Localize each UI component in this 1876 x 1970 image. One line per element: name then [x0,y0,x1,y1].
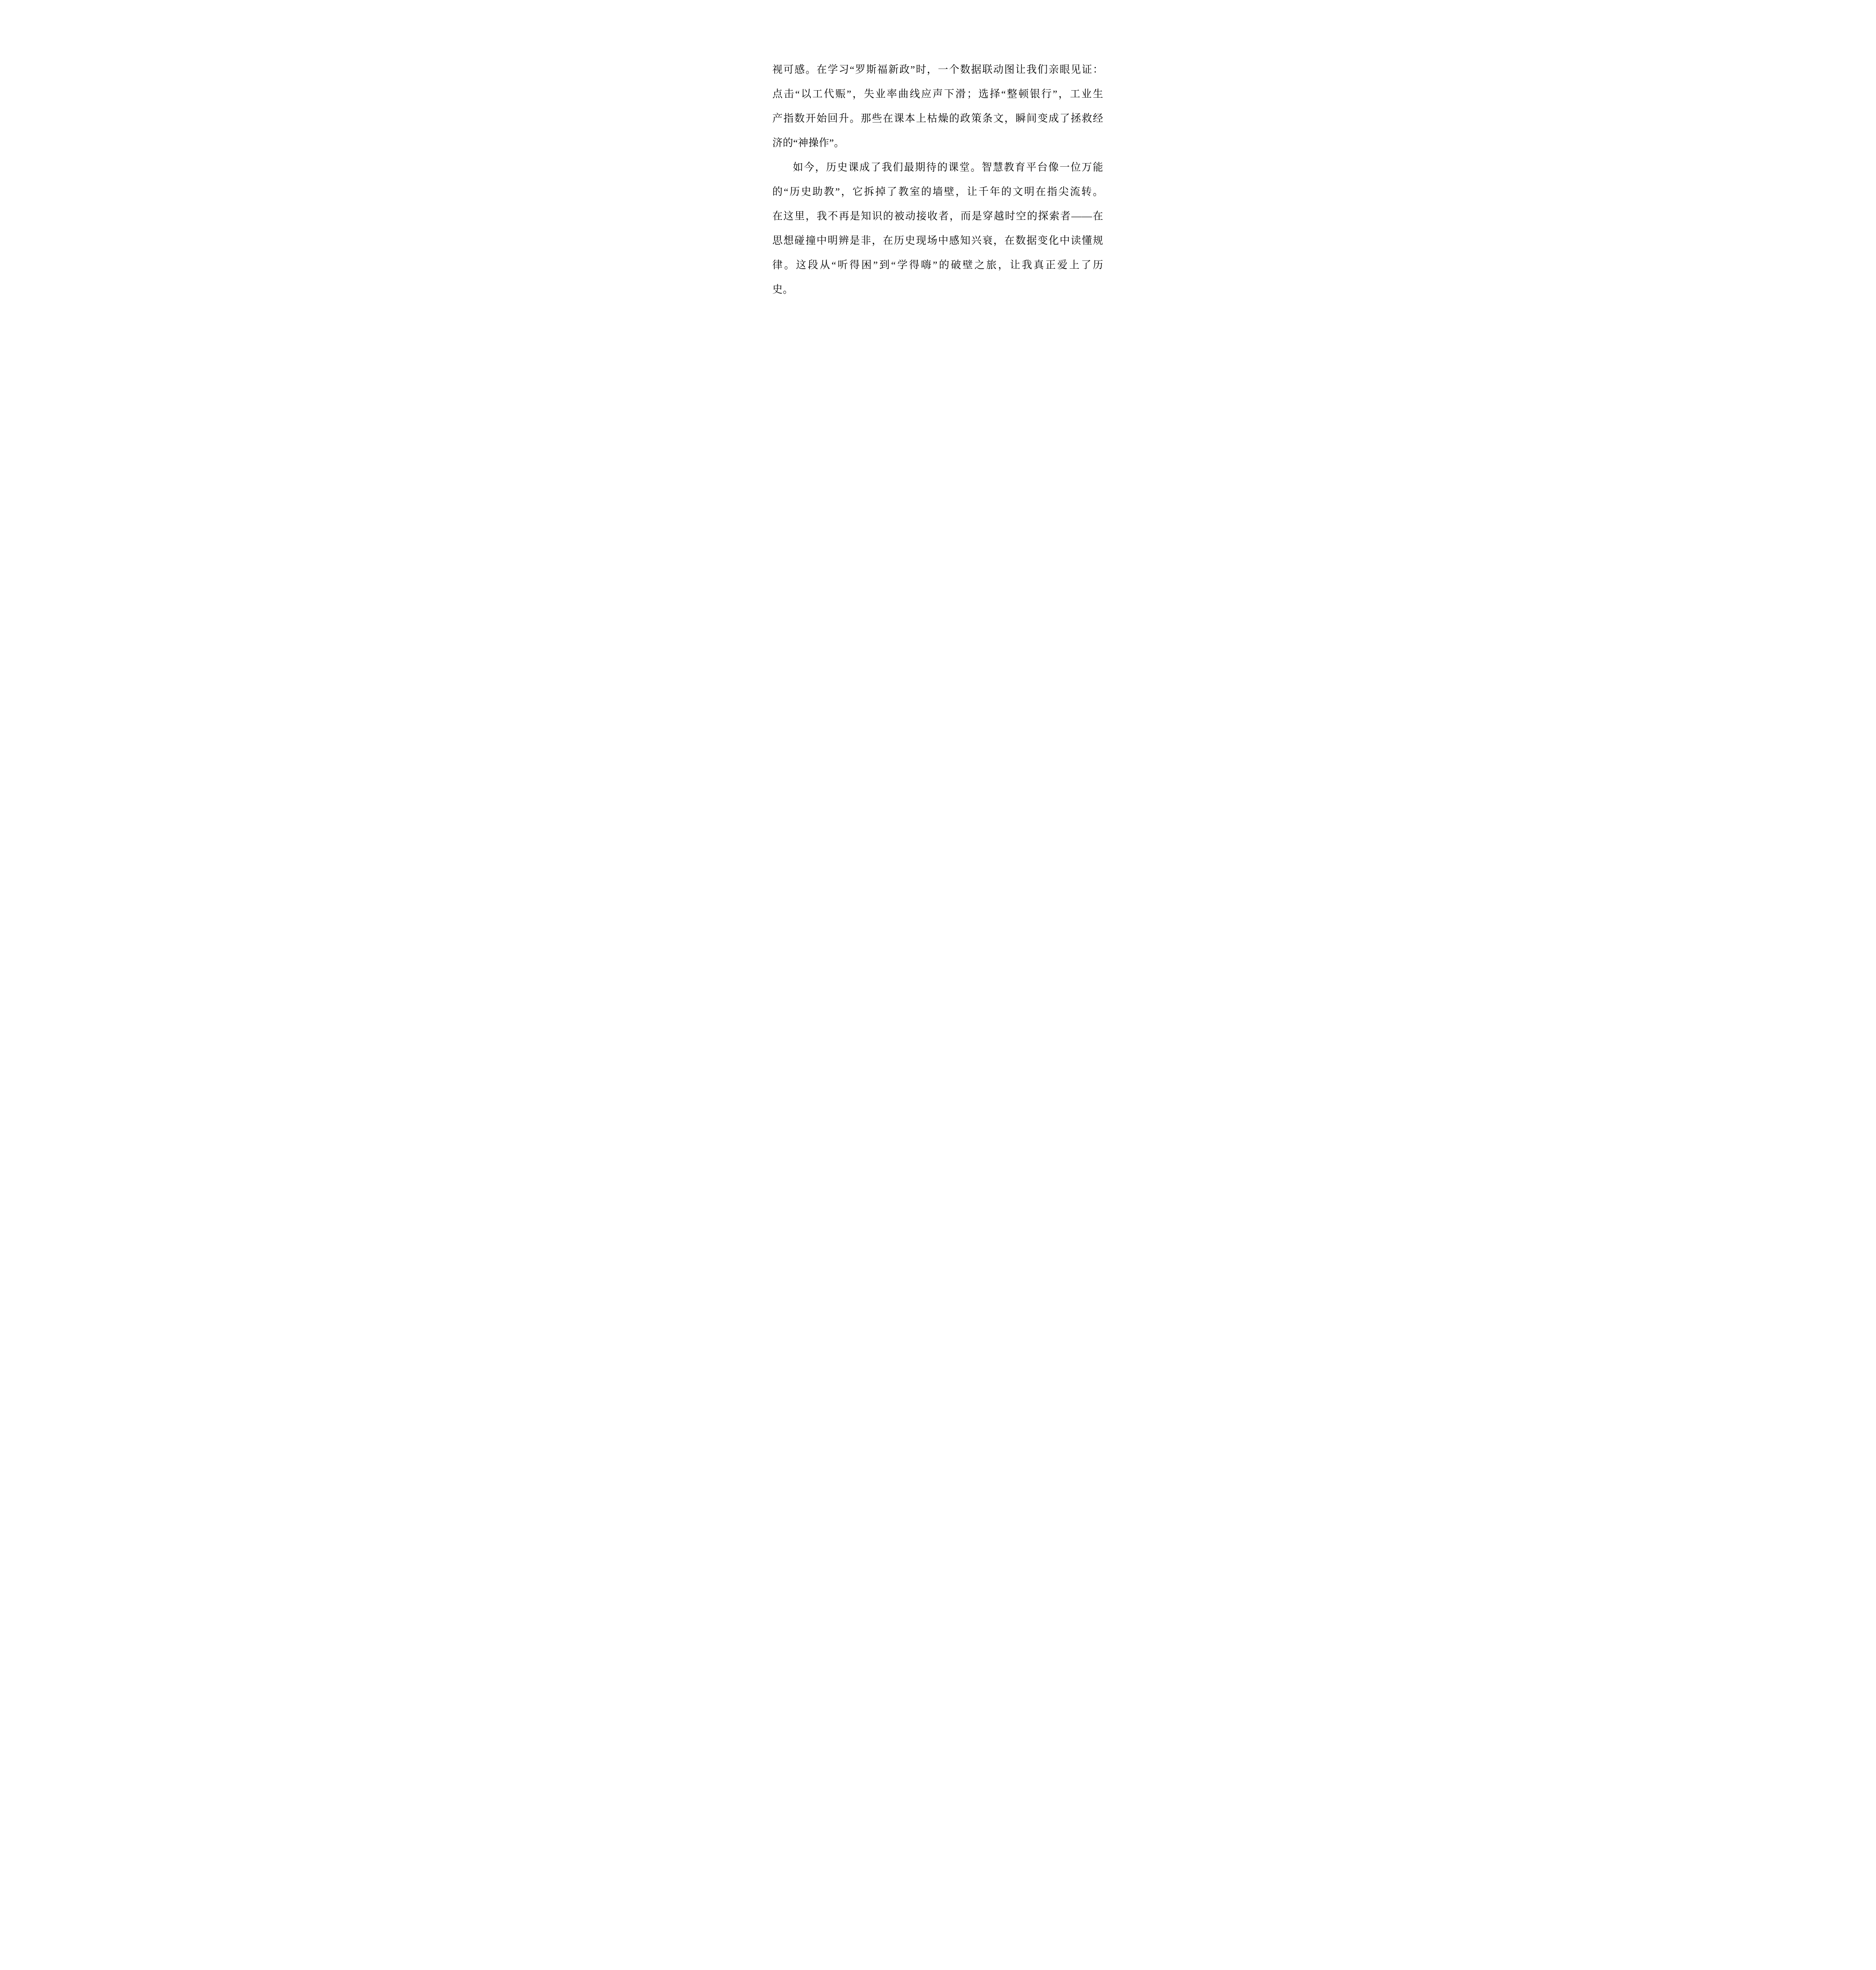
text-line: 点击“以工代赈”，失业率曲线应声下滑；选择“整顿银行”，工业生 [773,82,1103,106]
text-line: 视可感。在学习“罗斯福新政”时，一个数据联动图让我们亲眼见证： [773,58,1103,82]
text-line: 产指数开始回升。那些在课本上枯燥的政策条文，瞬间变成了拯救经 [773,106,1103,131]
text-line: 律。这段从“听得困”到“学得嗨”的破壁之旅，让我真正爱上了历 [773,253,1103,277]
paragraph-1: 视可感。在学习“罗斯福新政”时，一个数据联动图让我们亲眼见证： 点击“以工代赈”… [773,58,1103,155]
document-page: 视可感。在学习“罗斯福新政”时，一个数据联动图让我们亲眼见证： 点击“以工代赈”… [704,0,1173,663]
text-line: 的“历史助教”，它拆掉了教室的墙壁，让千年的文明在指尖流转。 [773,180,1103,204]
paragraph-2: 如今，历史课成了我们最期待的课堂。智慧教育平台像一位万能 的“历史助教”，它拆掉… [773,155,1103,302]
text-line: 史。 [773,277,1103,302]
text-line: 思想碰撞中明辨是非，在历史现场中感知兴衰，在数据变化中读懂规 [773,229,1103,253]
text-line: 在这里，我不再是知识的被动接收者，而是穿越时空的探索者——在 [773,204,1103,229]
text-block: 视可感。在学习“罗斯福新政”时，一个数据联动图让我们亲眼见证： 点击“以工代赈”… [704,0,1173,302]
text-line: 如今，历史课成了我们最期待的课堂。智慧教育平台像一位万能 [773,155,1103,180]
text-line: 济的“神操作”。 [773,131,1103,155]
